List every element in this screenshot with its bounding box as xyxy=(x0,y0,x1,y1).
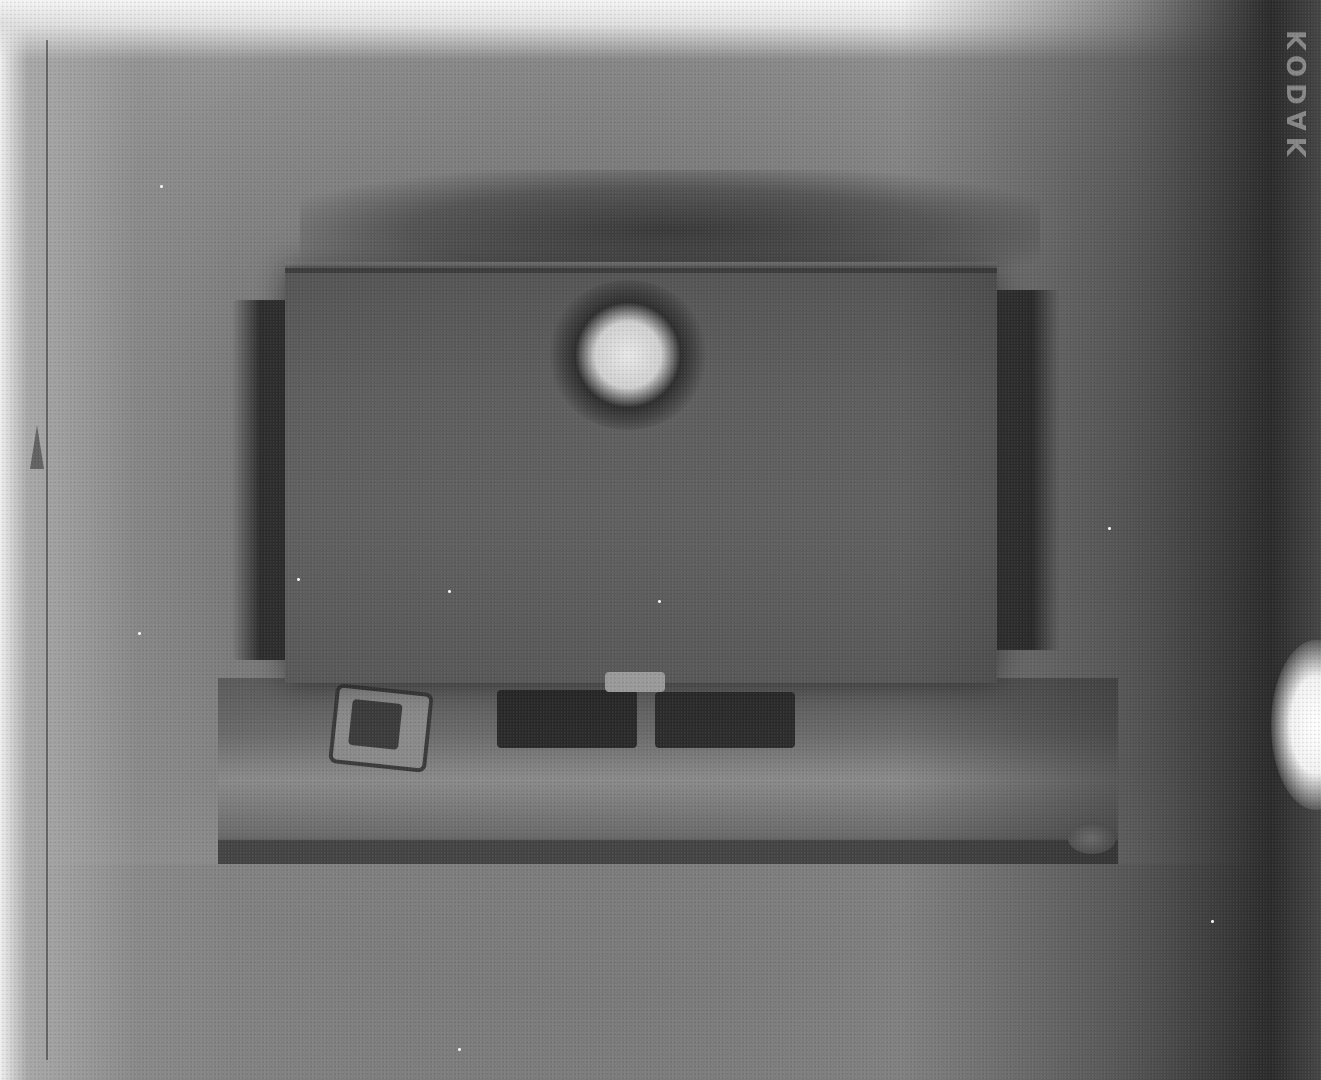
film-frame-marker xyxy=(30,425,44,469)
dust-speck xyxy=(658,600,661,603)
lamp-reflection xyxy=(548,280,708,430)
keyboard-right-half xyxy=(655,692,795,748)
film-rebate-line xyxy=(46,40,48,1060)
dust-speck xyxy=(458,1048,461,1051)
dust-speck xyxy=(138,632,141,635)
keyboard-left-half xyxy=(497,690,637,748)
dust-speck xyxy=(160,185,163,188)
dust-speck xyxy=(1211,920,1214,923)
photograph: KODAK xyxy=(0,0,1321,1080)
dust-speck xyxy=(1108,527,1111,530)
light-leak-left xyxy=(0,0,230,1080)
dust-speck xyxy=(448,590,451,593)
monitor-stand xyxy=(605,672,665,692)
phone xyxy=(328,683,434,773)
film-rebate-text: KODAK xyxy=(1283,30,1313,163)
vignette-right xyxy=(901,0,1321,1080)
phone-screen xyxy=(348,699,403,750)
dust-speck xyxy=(297,578,300,581)
